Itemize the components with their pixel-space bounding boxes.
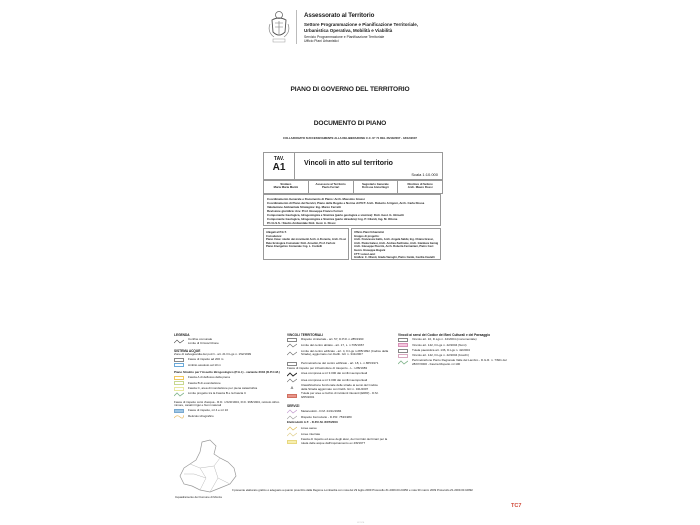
attachment-line: Piano Energetico Comunale: Ing. L. Corde… [266, 245, 346, 249]
legend-item: Limite del centro edificato - art. 4, D.… [287, 350, 397, 357]
legend-item: Perimetrazione Parco Regionale Valle del… [398, 359, 518, 366]
swatch-icon [174, 409, 184, 413]
legend-item: Fasce di rispetto, ml 4 e ml 10 [174, 409, 286, 413]
attachments-box: Allegati al P.G.T. Consulenze: Piano Cav… [263, 228, 349, 260]
legend-item: Linee aeree [287, 426, 397, 431]
swatch-icon [398, 349, 408, 353]
legend-item: Area compresa a ml 3.000 dai confini aer… [287, 372, 397, 377]
sector-line-2: Urbanistica Operativa, Mobilità e Viabil… [304, 28, 474, 34]
swatch-icon [174, 363, 184, 367]
department-name: Assessorato al Territorio [304, 12, 474, 19]
legend-column-constraints: VINCOLI TERRITORIALI Rispetto cimiterial… [287, 333, 397, 447]
collation-note: COLLAZIONATO SUCCESSIVAMENTE ALLA DELIBE… [250, 136, 450, 140]
office-line: Grafica: C. Oliveti, Giada Vanoghi, Piet… [354, 256, 438, 260]
legend-column-heritage: Vincoli ai sensi del Codice dei Beni Cul… [398, 333, 518, 367]
staff-line: P.U.G.S.S.: Studio Ambientale Dott. Geol… [267, 221, 437, 225]
sheet-title-box: TAV. A1 Vincoli in atto sul territorio S… [263, 152, 443, 180]
line-icon [287, 372, 297, 377]
legend-item: Metanodotti - D.M. 24/11/1984 [287, 409, 397, 414]
swatch-icon [398, 354, 408, 358]
legend-item: Limite progetto tra la Fascia B e la Fas… [174, 392, 286, 397]
line-icon [287, 351, 297, 356]
signatories-row: SindacoMaria Maria Marini Assessore al T… [263, 180, 443, 194]
legend-item: Confine comunaleLimite di Circoscrizione [174, 338, 286, 345]
legend-item: Fascia di rispetto ed aree degli alvei, … [287, 438, 397, 445]
legend-section-title: Vincoli ai sensi del Codice dei Beni Cul… [398, 333, 518, 337]
header-text: Assessorato al Territorio Settore Progra… [304, 12, 474, 44]
legend-item: Ambito assoluto ad 10 m [174, 363, 286, 367]
service-line-2: Ufficio Piani Urbanistici [304, 39, 474, 43]
legend-item: Reticolo idrografico [174, 414, 286, 419]
power-line-icon [287, 426, 297, 431]
swatch-icon [398, 338, 408, 342]
signatory: SindacoMaria Maria Marini [264, 181, 309, 193]
signatory: Direttore di SettoreArch. Mauro Rossi [398, 181, 442, 193]
plan-title: PIANO DI GOVERNO DEL TERRITORIO [200, 86, 500, 93]
sheet-code-cell: TAV. A1 [264, 153, 295, 179]
footer-note: Il presente elaborato grafico è adeguato… [232, 488, 532, 492]
legend-section-title: Elettrodotti A.T. - D.P.C.M. 8/07/2003 [287, 421, 397, 425]
legend-item: Vincolo art. 10, D.Lgs n. 42/2004 (monum… [398, 338, 518, 342]
legend-item: A Classificazione funzionale delle strad… [287, 384, 397, 391]
legend-item: Fascia C, area di inondazione per piena … [174, 387, 286, 391]
swatch-icon [174, 387, 184, 391]
boundary-line-icon [174, 339, 184, 344]
staff-credits: Coordinamento Generale e Documento di Pi… [263, 194, 441, 226]
legend-item: Tutela per aree a rischio di incidenti r… [287, 392, 397, 399]
sheet-scale: Scala 1:10.000 [411, 172, 438, 177]
legend-column-water: LEGENDA Confine comunaleLimite di Circos… [174, 333, 286, 420]
bottom-mark: MONZA [357, 522, 364, 524]
sheet-code-stamp: TC7 [511, 503, 521, 509]
sheet-title-cell: Vincoli in atto sul territorio Scala 1:1… [295, 153, 442, 179]
swatch-icon [174, 376, 184, 380]
map-caption: Inquadramento del Comune di Monza [175, 495, 222, 499]
tav-code: A1 [264, 162, 294, 174]
legend-section-title: Fasce di rispetto corsi d'acqua - R.D. n… [174, 401, 284, 408]
swatch-icon [174, 358, 184, 362]
power-line-icon [287, 432, 297, 437]
legend-item: Tutela paesistica art. 136, D.Lgs n. 42/… [398, 349, 518, 353]
swatch-icon [287, 394, 297, 398]
legend-item: Fasce di rispetto ad 200 m [174, 358, 286, 362]
legend-item: Fascia B di esondazione [174, 381, 286, 385]
office-box: Ufficio Piani Urbanistici Gruppo di prog… [351, 228, 441, 260]
legend-section-title: SERVIZI [287, 404, 397, 408]
document-title: DOCUMENTO DI PIANO [200, 120, 500, 127]
header-divider [296, 10, 297, 44]
legend-item: Vincolo art. 142, D.Lgs n. 42/2004 (fium… [398, 343, 518, 347]
legend-item: Limite del centro abitato - art. 17, L. … [287, 343, 397, 348]
line-icon [287, 343, 297, 348]
legend-item: Fascia A di deflusso della piena [174, 376, 286, 380]
swatch-icon [398, 343, 408, 347]
legend-text: Fasce di rispetto per infrastrutture di … [287, 367, 397, 371]
swatch-icon [174, 381, 184, 385]
signatory: Segretario GeneraleDott.ssa Anna Negri [354, 181, 399, 193]
wave-line-icon [174, 392, 184, 397]
line-icon [287, 378, 297, 383]
signatory: Assessore al TerritorioPaolo Ferrari [309, 181, 354, 193]
swatch-icon [287, 338, 297, 342]
park-boundary-icon [398, 360, 408, 365]
legend-item: Rispetto cimiteriale - art. 57, D.P.R. n… [287, 338, 397, 342]
road-class-icon: A [287, 386, 297, 390]
municipal-crest-logo [268, 10, 290, 44]
legend-section-title: VINCOLI TERRITORIALI [287, 333, 397, 337]
pipeline-icon [287, 409, 297, 414]
swatch-icon [287, 440, 297, 444]
river-line-icon [174, 414, 184, 419]
sheet-title: Vincoli in atto sul territorio [304, 160, 393, 167]
